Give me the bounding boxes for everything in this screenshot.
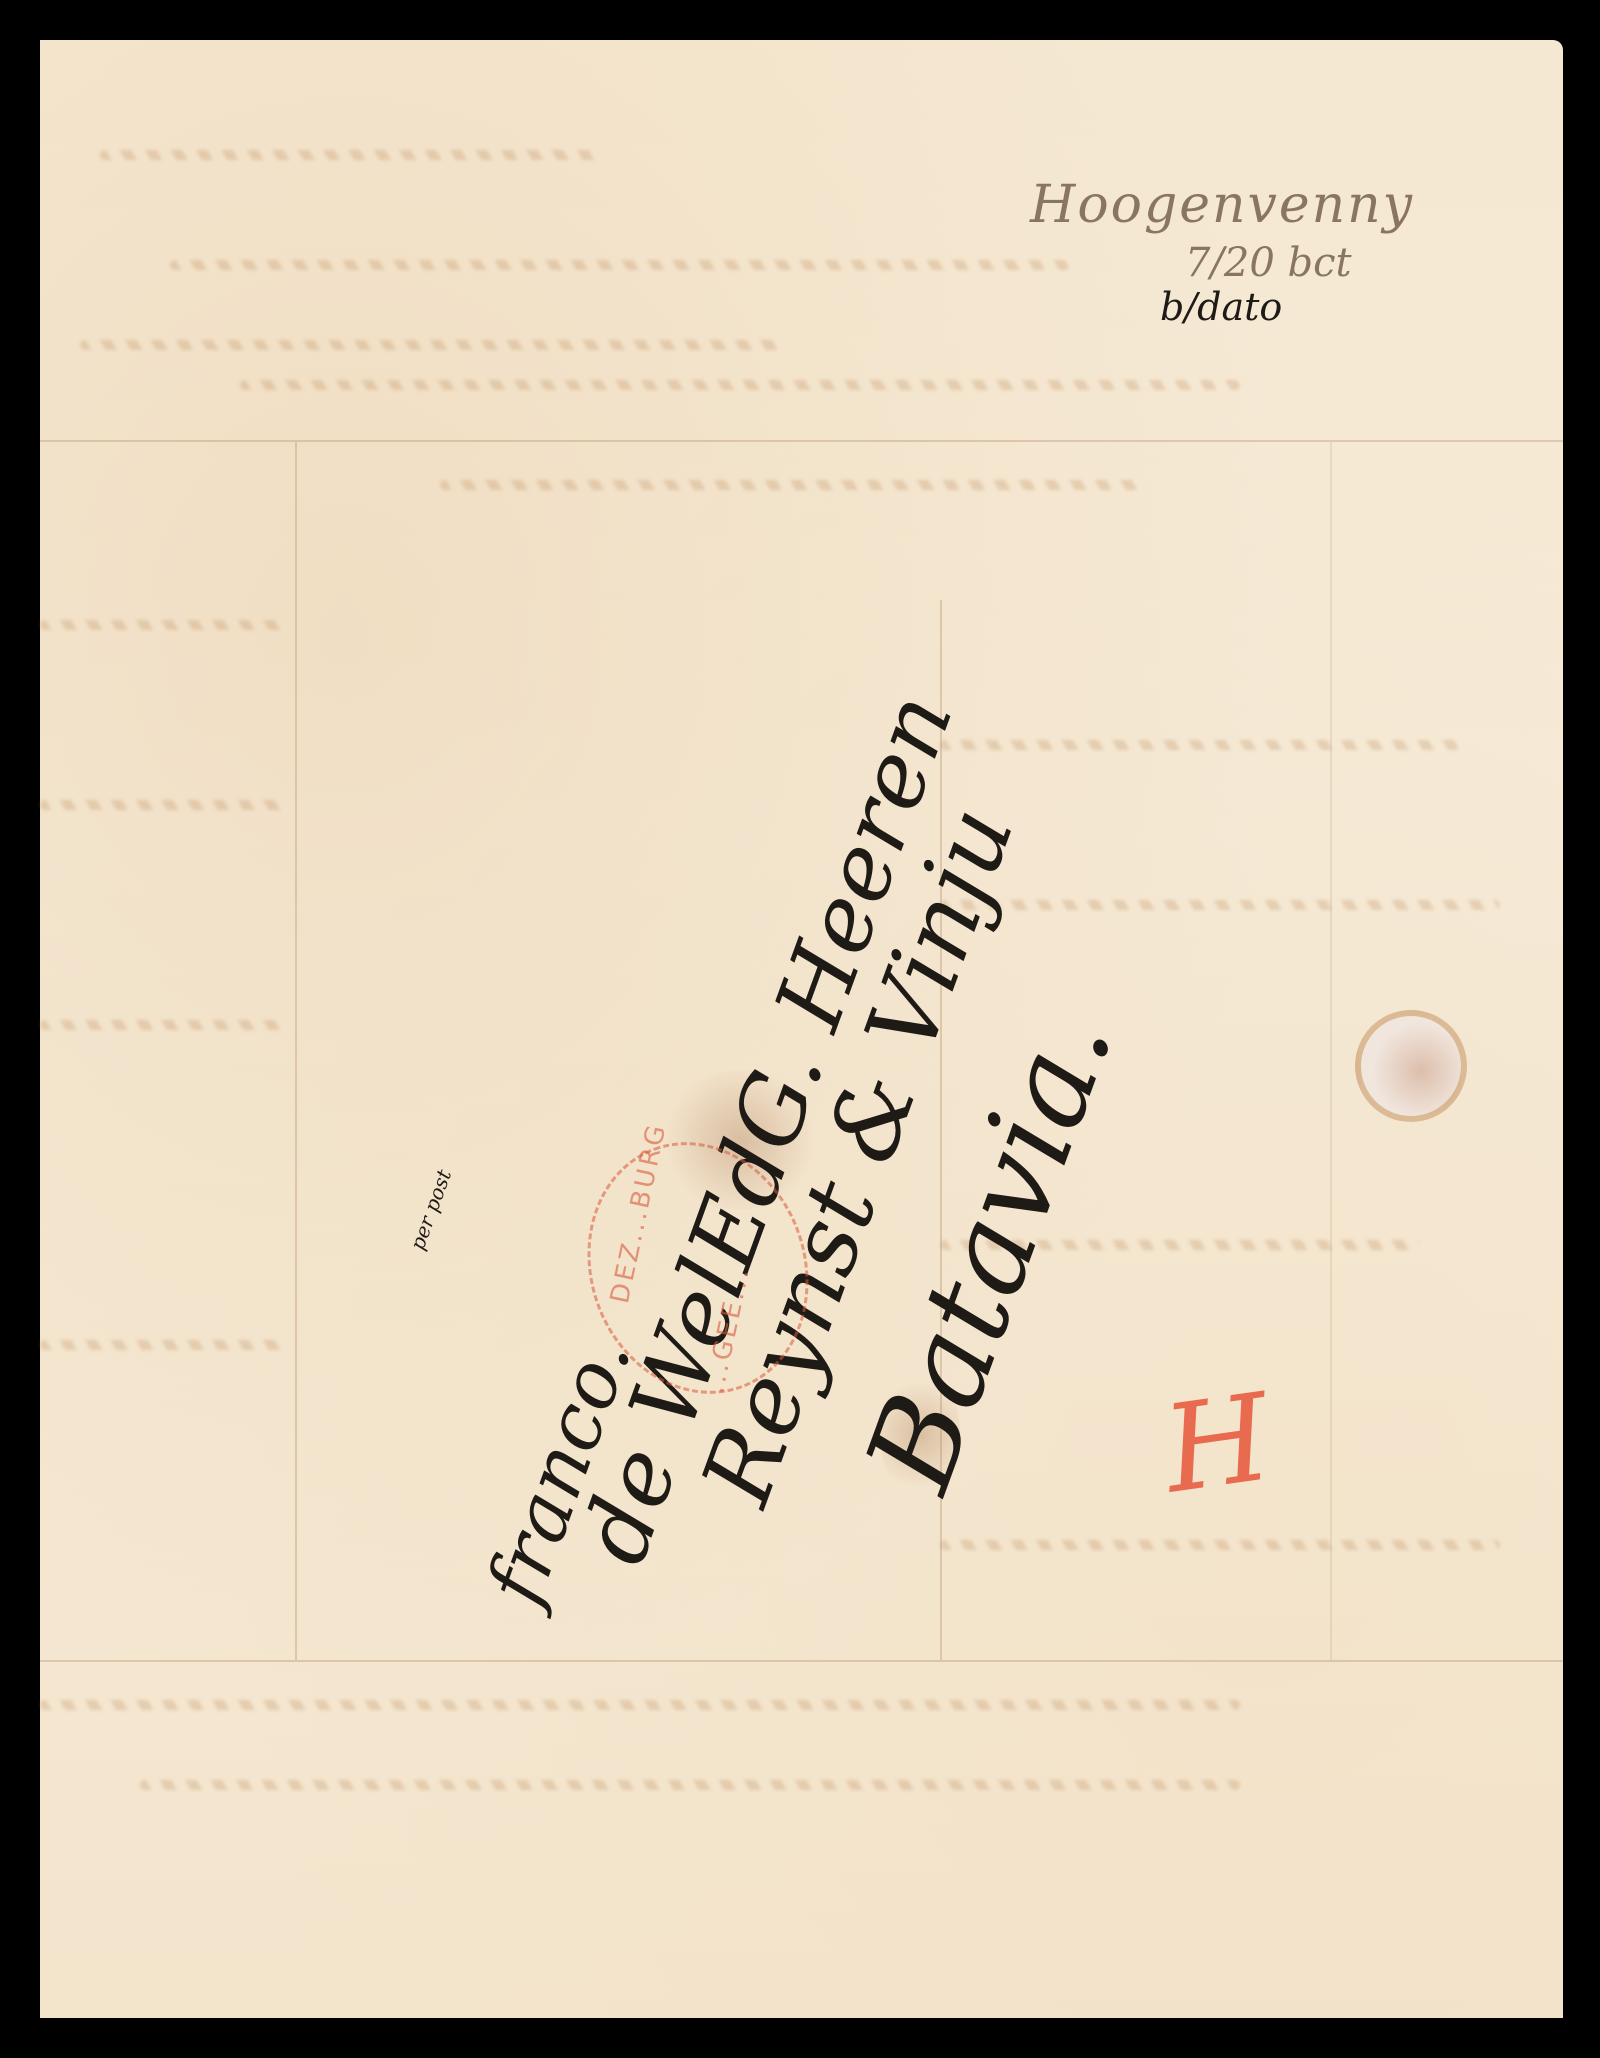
fold-line-top [40,440,1563,442]
bleed-through-text [170,260,1070,270]
bleed-through-text [40,620,290,630]
bleed-through-text [240,380,1240,390]
wax-seal-icon [1355,1010,1467,1122]
red-crayon-mark: H [1156,1368,1279,1520]
bleed-through-text [100,150,600,160]
bleed-through-text [40,1340,290,1350]
docket-line-1: Hoogenvenny [1030,175,1414,235]
bleed-through-text [940,740,1460,750]
docket-line-3: b/dato [1160,285,1282,329]
fold-line-far-right [1330,442,1332,1660]
fold-line-bottom [40,1660,1563,1662]
bleed-through-text [940,1540,1500,1550]
bleed-through-text [40,1020,290,1030]
bleed-through-text [140,1780,1240,1790]
docket-line-2: 7/20 bct [1185,240,1352,286]
bleed-through-text [80,340,780,350]
bleed-through-text [440,480,1140,490]
bleed-through-text [40,800,290,810]
bleed-through-text [940,900,1500,910]
bleed-through-text [40,1700,1240,1710]
fold-line-left [295,442,297,1660]
